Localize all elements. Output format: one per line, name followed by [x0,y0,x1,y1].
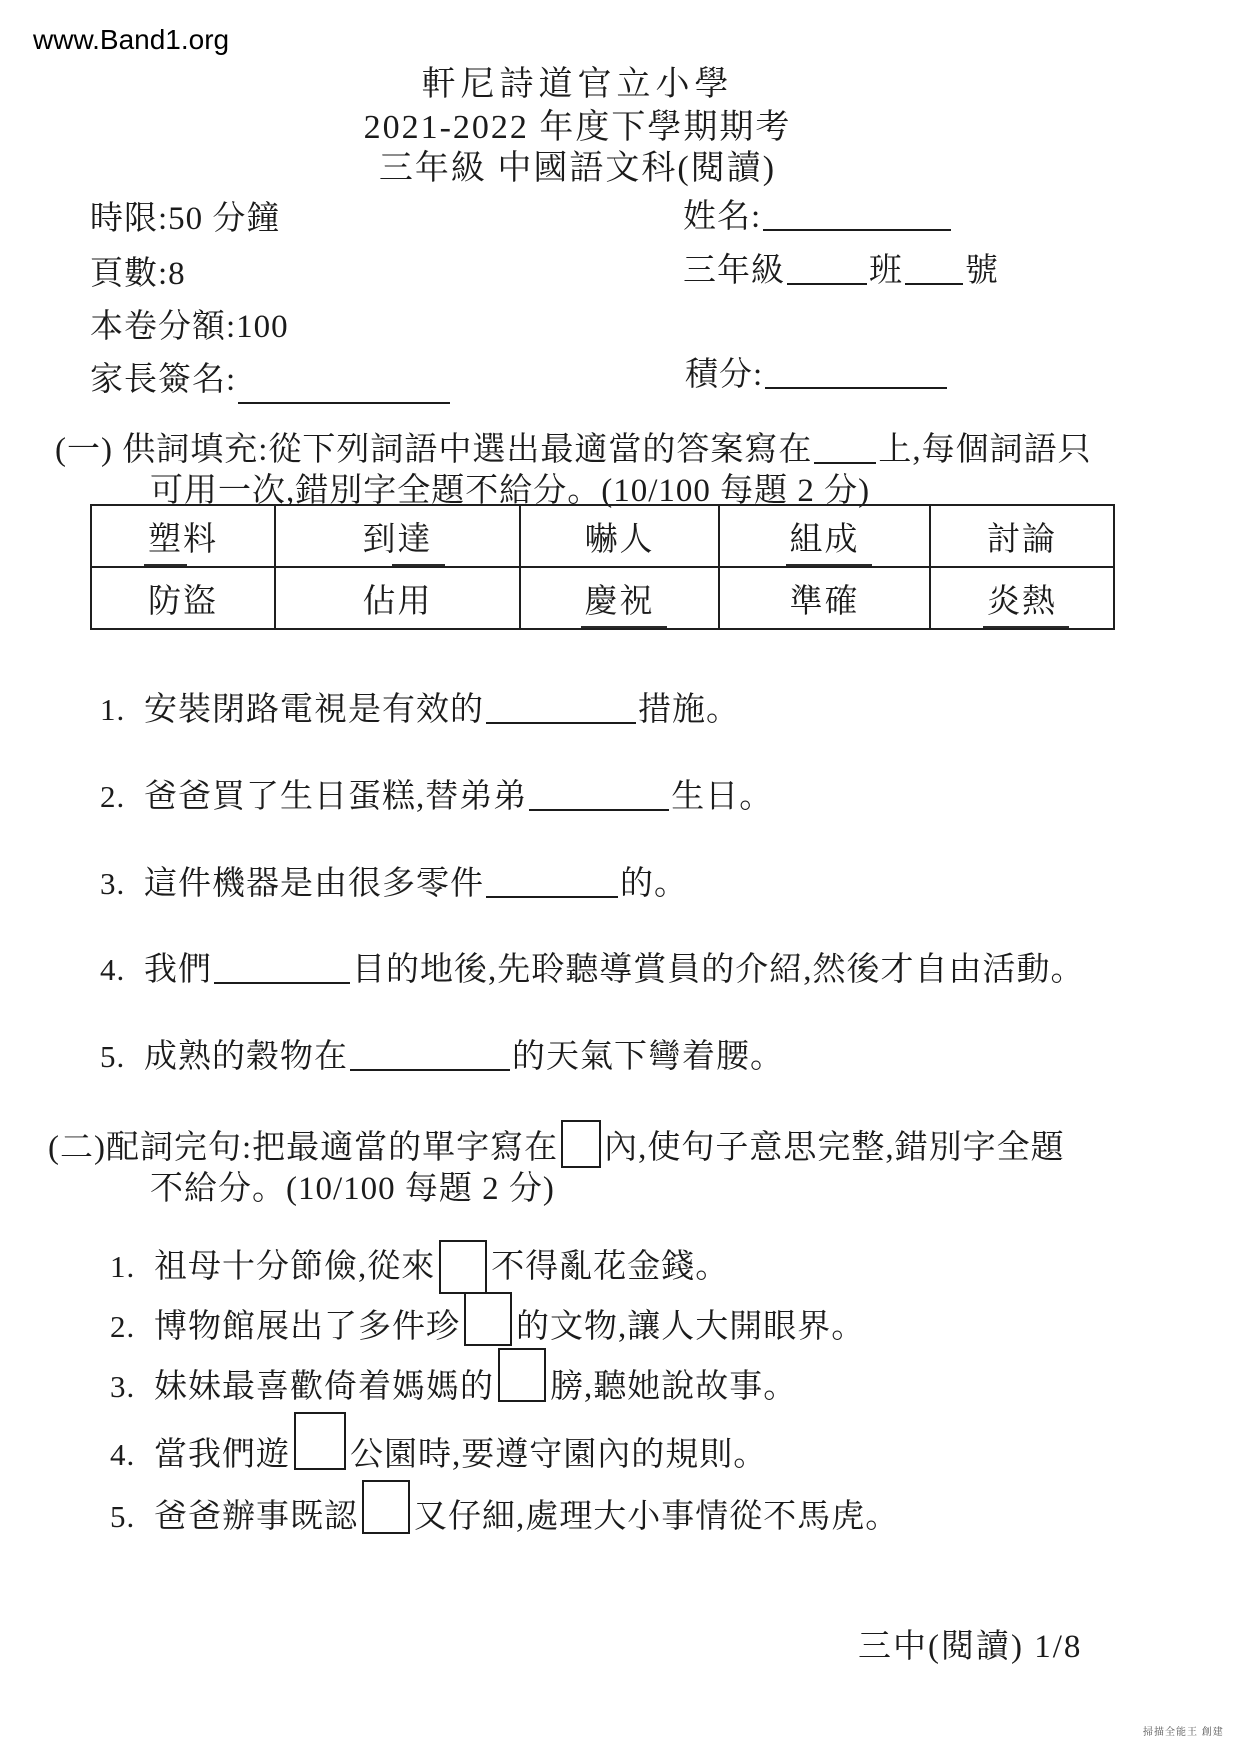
band1-watermark: www.Band1.org [33,24,229,56]
parent-signature-line [238,380,450,404]
section1-question-3: 3.這件機器是由很多零件的。 [100,857,688,904]
word-cell: 到達 [361,513,435,560]
section2-heading-pre: (二)配詞完句:把最適當的單字寫在 [48,1130,558,1166]
class-number-row: 三年級班號 [683,244,999,291]
section1-question-2: 2.爸爸買了生日蛋糕,替弟弟生日。 [100,770,773,817]
word-cell: 組成 [788,513,862,560]
section1-question-1: 1.安裝閉路電視是有效的措施。 [100,683,740,730]
section2-heading-line1: (二)配詞完句:把最適當的單字寫在內,使句子意思完整,錯別字全題 [48,1120,1065,1168]
section1-heading-line1: (一) 供詞填充:從下列詞語中選出最適當的答案寫在上,每個詞語只 [55,423,1092,470]
word-cell: 塑料 [146,513,220,560]
answer-box [439,1240,487,1294]
section1-question-5: 5.成熟的穀物在的天氣下彎着腰。 [100,1030,784,1077]
exam-paper-page: www.Band1.org 軒尼詩道官立小學 2021-2022 年度下學期期考… [0,0,1240,1754]
school-name: 軒尼詩道官立小學 [0,56,1155,105]
answer-box [498,1348,546,1402]
score-line [765,365,947,389]
section2-question-5: 5.爸爸辦事既認又仔細,處理大小事情從不馬虎。 [110,1490,899,1546]
answer-box [294,1412,346,1470]
word-cell: 嚇人 [583,513,657,560]
name-label: 姓名: [683,199,761,235]
section2-question-3: 3.妹妹最喜歡倚着媽媽的膀,聽她說故事。 [110,1360,797,1416]
word-bank-row: 塑料 到達 嚇人 組成 討論 [91,505,1114,567]
score-row: 積分: [685,348,949,395]
section2-heading-post: 內,使句子意思完整,錯別字全題 [604,1130,1065,1166]
parent-signature-label: 家長簽名: [90,362,236,398]
total-marks: 本卷分額:100 [90,300,289,347]
subject-title: 三年級 中國語文科(閱讀) [0,140,1155,189]
answer-blank [486,874,618,898]
section2-question-1: 1.祖母十分節儉,從來不得亂花金錢。 [110,1240,729,1296]
word-cell: 準確 [788,575,862,622]
page-count: 頁數:8 [90,247,186,294]
answer-blank [350,1047,510,1071]
word-cell: 炎熱 [985,575,1059,622]
page-footer: 三中(閱讀) 1/8 [858,1620,1082,1667]
word-cell: 慶祝 [583,575,657,622]
answer-blank [486,700,636,724]
word-cell: 防盜 [146,575,220,622]
section2-heading-line2: 不給分。(10/100 每題 2 分) [150,1162,555,1209]
name-line [763,207,951,231]
word-cell: 佔用 [361,575,435,622]
number-label: 號 [965,253,999,289]
grade-label: 三年級 [683,253,785,289]
section1-heading-blank [814,440,876,464]
time-limit: 時限:50 分鐘 [90,192,280,239]
class-blank [787,261,867,285]
answer-box [464,1292,512,1346]
score-label: 積分: [685,357,763,393]
section2-question-2: 2.博物館展出了多件珍的文物,讓人大開眼界。 [110,1300,865,1356]
word-cell: 討論 [985,513,1059,560]
section2-question-4: 4.當我們遊公園時,要遵守園內的規則。 [110,1428,767,1486]
name-row: 姓名: [683,190,953,237]
answer-box [561,1120,601,1168]
section1-heading-post: 上,每個詞語只 [878,432,1091,468]
answer-blank [529,787,669,811]
answer-box [362,1480,410,1534]
word-bank-row: 防盜 佔用 慶祝 準確 炎熱 [91,567,1114,629]
section1-heading-pre: (一) 供詞填充:從下列詞語中選出最適當的答案寫在 [55,432,812,468]
answer-blank [214,960,350,984]
number-blank [905,261,963,285]
section1-question-4: 4.我們目的地後,先聆聽導賞員的介紹,然後才自由活動。 [100,943,1085,990]
scanner-credit: 掃描全能王 創建 [1143,1723,1224,1738]
class-label: 班 [869,253,903,289]
parent-signature-row: 家長簽名: [90,353,452,404]
word-bank-table: 塑料 到達 嚇人 組成 討論 防盜 佔用 慶祝 準確 炎熱 [90,504,1115,630]
